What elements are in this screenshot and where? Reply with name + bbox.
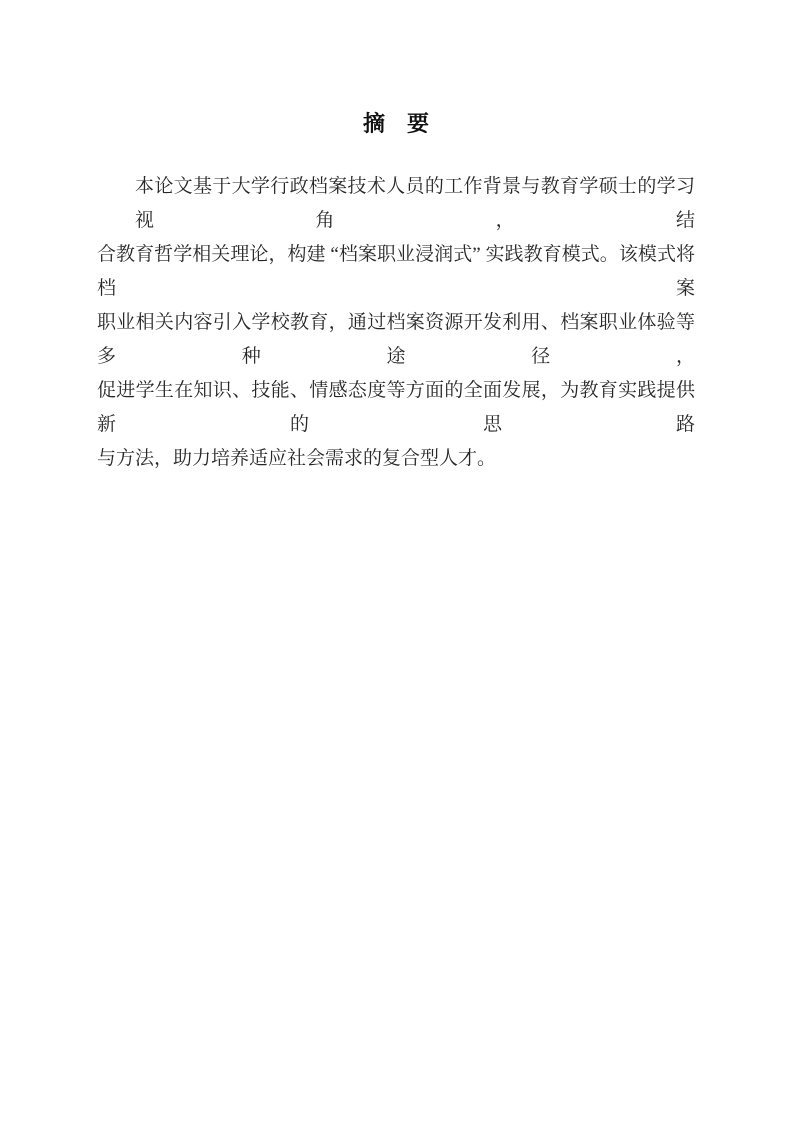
abstract-line-2: 合教育哲学相关理论，构建 “档案职业浸润式” 实践教育模式。该模式将档案 — [97, 238, 695, 306]
abstract-line-3: 职业相关内容引入学校教育，通过档案资源开发利用、档案职业体验等多种途径， — [97, 306, 695, 374]
page-title: 摘 要 — [97, 112, 695, 135]
document-page: 摘 要 本论文基于大学行政档案技术人员的工作背景与教育学硕士的学习视角，结 合教… — [0, 0, 793, 1122]
abstract-line-5: 与方法，助力培养适应社会需求的复合型人才。 — [97, 442, 695, 476]
abstract-line-4: 促进学生在知识、技能、情感态度等方面的全面发展，为教育实践提供新的思路 — [97, 374, 695, 442]
abstract-paragraph: 本论文基于大学行政档案技术人员的工作背景与教育学硕士的学习视角，结 合教育哲学相… — [97, 170, 695, 476]
abstract-line-1: 本论文基于大学行政档案技术人员的工作背景与教育学硕士的学习视角，结 — [97, 170, 695, 238]
